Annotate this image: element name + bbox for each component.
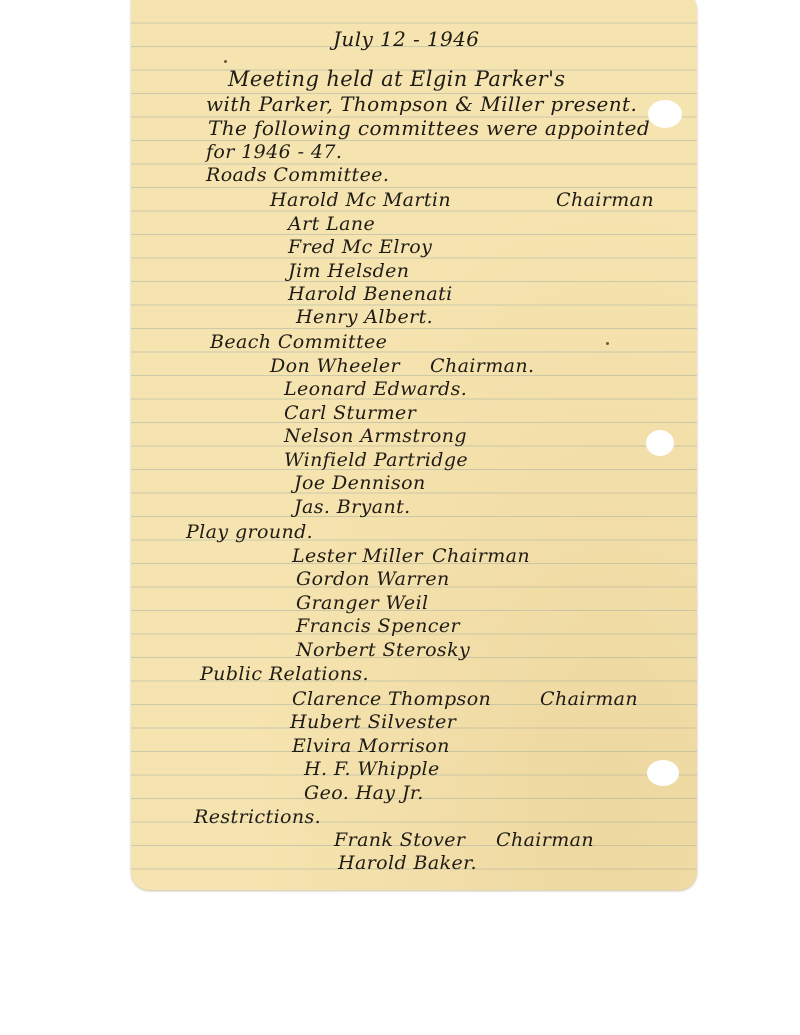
committee-member: Jas. Bryant. — [294, 496, 411, 518]
committee-chairman: Don Wheeler — [270, 355, 400, 377]
committee-member: Gordon Warren — [296, 568, 450, 590]
committee-member: Elvira Morrison — [292, 735, 450, 757]
intro-line: Meeting held at Elgin Parker's — [228, 68, 565, 90]
committee-member: Fred Mc Elroy — [288, 236, 432, 258]
committee-member: Geo. Hay Jr. — [304, 782, 424, 804]
committee-chairman: Frank Stover — [334, 829, 465, 851]
ink-speck — [224, 60, 227, 63]
punch-hole-top — [648, 100, 682, 128]
committee-member: Norbert Sterosky — [296, 639, 470, 661]
committee-member: Art Lane — [288, 213, 375, 235]
committee-member: Granger Weil — [296, 592, 429, 614]
chairman-label: Chairman — [556, 189, 654, 211]
punch-hole-middle — [646, 430, 674, 456]
committee-heading-roads: Roads Committee. — [206, 164, 389, 186]
chairman-label: Chairman — [432, 545, 530, 567]
chairman-label: Chairman — [496, 829, 594, 851]
committee-member: Joe Dennison — [294, 472, 426, 494]
intro-line: for 1946 - 47. — [206, 141, 342, 163]
committee-member: Francis Spencer — [296, 615, 460, 637]
punch-hole-bottom — [647, 760, 679, 786]
intro-line: The following committees were appointed — [208, 117, 650, 139]
committee-member: Henry Albert. — [296, 306, 433, 328]
committee-heading-beach: Beach Committee — [210, 331, 387, 353]
committee-member: Nelson Armstrong — [284, 425, 467, 447]
ink-speck — [606, 342, 609, 345]
intro-line: with Parker, Thompson & Miller present. — [206, 93, 637, 115]
committee-chairman: Clarence Thompson — [292, 688, 491, 710]
committee-member: Harold Baker. — [338, 852, 477, 874]
committee-chairman: Harold Mc Martin — [270, 189, 451, 211]
committee-heading-restrictions: Restrictions. — [194, 806, 321, 828]
committee-member: Winfield Partridge — [284, 449, 468, 471]
committee-heading-public-relations: Public Relations. — [200, 663, 369, 685]
meeting-date: July 12 - 1946 — [333, 28, 479, 50]
committee-member: Carl Sturmer — [284, 402, 416, 424]
committee-heading-playground: Play ground. — [186, 521, 313, 543]
committee-member: H. F. Whipple — [304, 758, 440, 780]
chairman-label: Chairman. — [430, 355, 534, 377]
committee-member: Jim Helsden — [288, 260, 409, 282]
committee-chairman: Lester Miller — [292, 545, 423, 567]
chairman-label: Chairman — [540, 688, 638, 710]
committee-member: Hubert Silvester — [290, 711, 456, 733]
committee-member: Harold Benenati — [288, 283, 453, 305]
committee-member: Leonard Edwards. — [284, 378, 467, 400]
